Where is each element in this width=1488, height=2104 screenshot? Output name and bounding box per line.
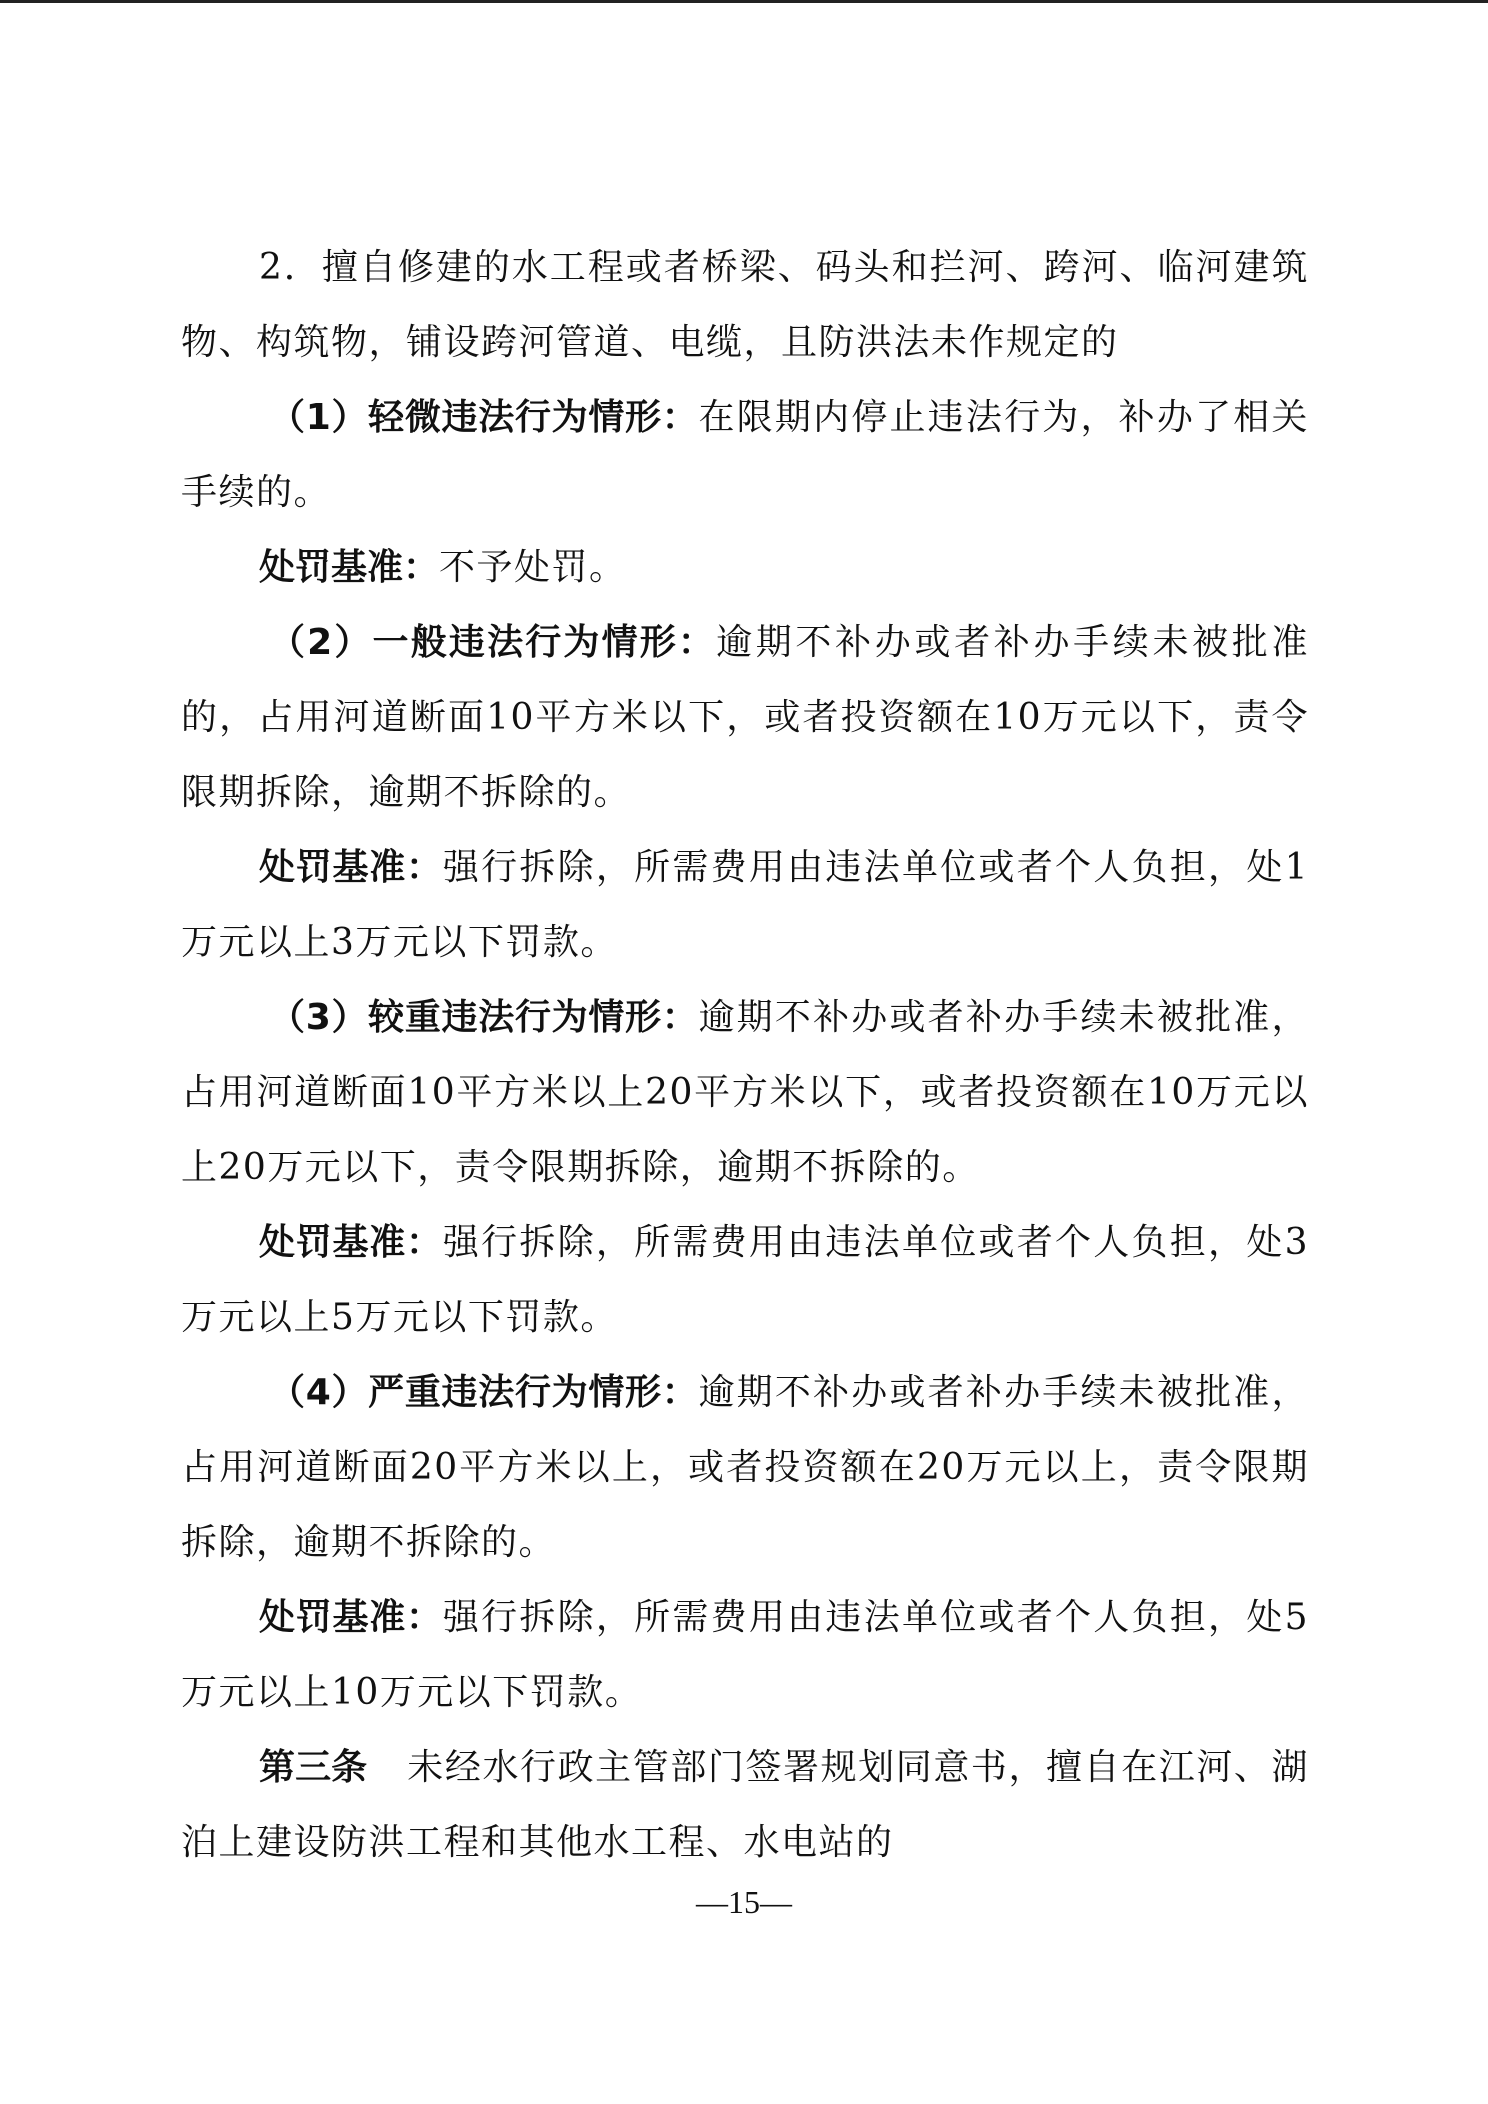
penalty-1: 处罚基准：不予处罚。 — [181, 530, 1309, 605]
case-4-label: （4）严重违法行为情形： — [269, 1372, 698, 1413]
case-2-label: （2）一般违法行为情形： — [269, 622, 716, 663]
case-4: （4）严重违法行为情形：逾期不补办或者补办手续未被批准，占用河道断面20平方米以… — [181, 1355, 1309, 1580]
case-3-label: （3）较重违法行为情形： — [269, 997, 698, 1038]
article-3-label: 第三条 — [259, 1747, 367, 1788]
article-3: 第三条未经水行政主管部门签署规划同意书，擅自在江河、湖泊上建设防洪工程和其他水工… — [181, 1730, 1309, 1880]
page-number: —15— — [0, 1884, 1488, 1921]
case-1: （1）轻微违法行为情形：在限期内停止违法行为，补办了相关手续的。 — [181, 380, 1309, 530]
case-3: （3）较重违法行为情形：逾期不补办或者补办手续未被批准，占用河道断面10平方米以… — [181, 980, 1309, 1205]
case-1-label: （1）轻微违法行为情形： — [269, 397, 698, 438]
penalty-1-text: 不予处罚。 — [439, 547, 627, 588]
document-body: 2．擅自修建的水工程或者桥梁、码头和拦河、跨河、临河建筑物、构筑物，铺设跨河管道… — [181, 230, 1309, 1880]
case-2: （2）一般违法行为情形：逾期不补办或者补办手续未被批准的，占用河道断面10平方米… — [181, 605, 1309, 830]
penalty-1-label: 处罚基准： — [259, 547, 439, 588]
page-top-border — [0, 0, 1488, 3]
penalty-4: 处罚基准：强行拆除，所需费用由违法单位或者个人负担，处5万元以上10万元以下罚款… — [181, 1580, 1309, 1730]
item-heading: 2．擅自修建的水工程或者桥梁、码头和拦河、跨河、临河建筑物、构筑物，铺设跨河管道… — [181, 230, 1309, 380]
penalty-2-label: 处罚基准： — [259, 847, 443, 888]
penalty-3: 处罚基准：强行拆除，所需费用由违法单位或者个人负担，处3万元以上5万元以下罚款。 — [181, 1205, 1309, 1355]
penalty-4-label: 处罚基准： — [259, 1597, 443, 1638]
penalty-3-label: 处罚基准： — [259, 1222, 443, 1263]
penalty-2: 处罚基准：强行拆除，所需费用由违法单位或者个人负担，处1万元以上3万元以下罚款。 — [181, 830, 1309, 980]
